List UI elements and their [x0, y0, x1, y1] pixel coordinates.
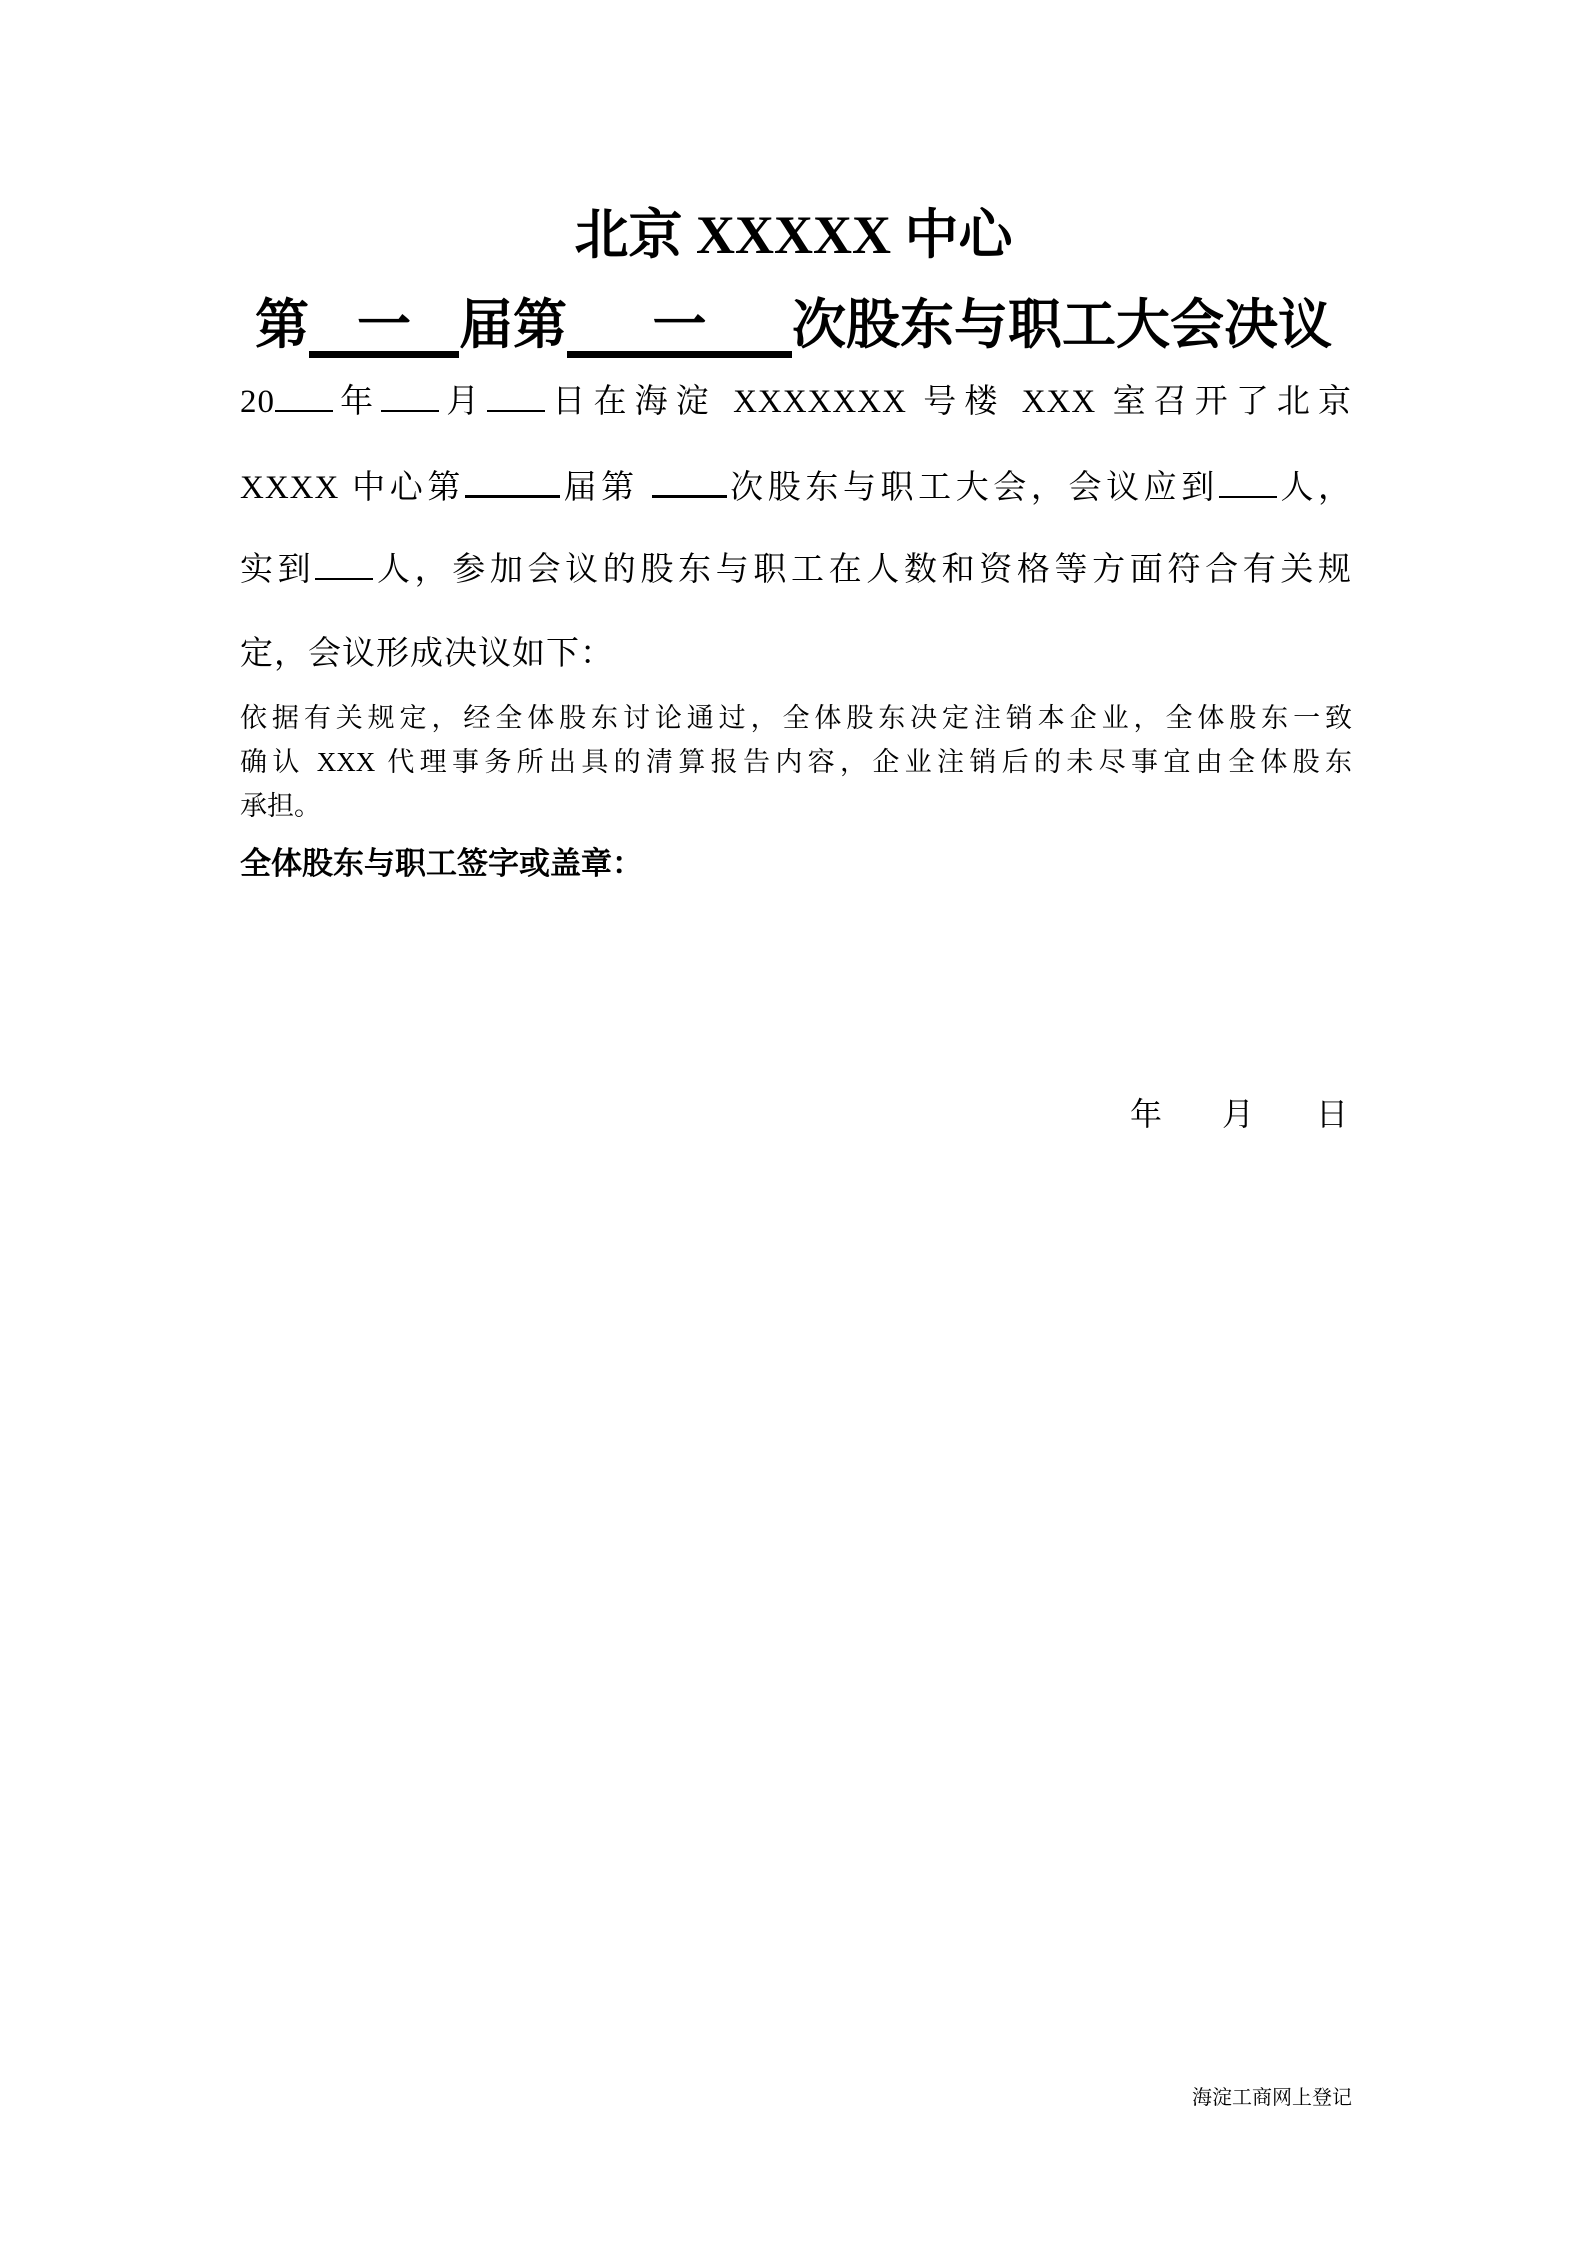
meeting-label: 次股东与职工大会，会议应到	[727, 470, 1219, 506]
title-prefix: 第	[255, 295, 309, 355]
year-blank	[275, 380, 333, 412]
title-suffix: 次股东与职工大会决议	[792, 295, 1332, 355]
session-number-field: 一	[309, 299, 459, 358]
resolution-paragraph: 依据有关规定，经全体股东讨论通过，全体股东决定注销本企业，全体股东一致 确认 X…	[240, 696, 1352, 828]
month-blank	[381, 380, 439, 412]
date-day-label: 日	[1316, 1092, 1348, 1136]
year-prefix: 20	[240, 384, 275, 420]
session-blank	[465, 465, 560, 498]
location-text: 日在海淀 XXXXXXX 号楼 XXX 室召开了北京	[545, 384, 1352, 420]
month-label: 月	[439, 384, 487, 420]
expected-attendees-blank	[1219, 466, 1277, 498]
actual-attendees-blank	[315, 548, 373, 580]
intro-line-4: 定，会议形成决议如下：	[240, 632, 614, 676]
date-month-label: 月	[1222, 1092, 1254, 1136]
meeting-number-field: 一	[567, 299, 792, 358]
year-label: 年	[333, 384, 381, 420]
qualification-text: 人，参加会议的股东与职工在人数和资格等方面符合有关规	[373, 552, 1352, 588]
resolution-line-2: 确认 XXX 代理事务所出具的清算报告内容，企业注销后的未尽事宜由全体股东	[240, 740, 1352, 784]
document-title-line1: 北京 XXXXX 中心	[0, 200, 1587, 270]
actual-prefix: 实到	[240, 552, 315, 588]
resolution-line-1: 依据有关规定，经全体股东讨论通过，全体股东决定注销本企业，全体股东一致	[240, 696, 1352, 740]
page-footer: 海淀工商网上登记	[1192, 2082, 1352, 2112]
attendees-suffix: 人，	[1277, 470, 1352, 506]
signature-label: 全体股东与职工签字或盖章：	[240, 842, 643, 886]
date-year-label: 年	[1130, 1092, 1162, 1136]
resolution-line-3: 承担。	[240, 784, 1352, 828]
title-middle: 届第	[459, 295, 567, 355]
session-label: 届第	[560, 470, 639, 506]
document-title-line2: 第一届第一次股东与职工大会决议	[0, 290, 1587, 360]
intro-line-3: 实到人，参加会议的股东与职工在人数和资格等方面符合有关规	[240, 548, 1352, 592]
meeting-blank	[652, 465, 727, 498]
intro-line-1: 20年月日在海淀 XXXXXXX 号楼 XXX 室召开了北京	[240, 380, 1352, 424]
day-blank	[487, 380, 545, 412]
center-name-text: XXXX 中心第	[240, 470, 465, 506]
intro-line-2: XXXX 中心第届第 次股东与职工大会，会议应到人，	[240, 465, 1352, 510]
